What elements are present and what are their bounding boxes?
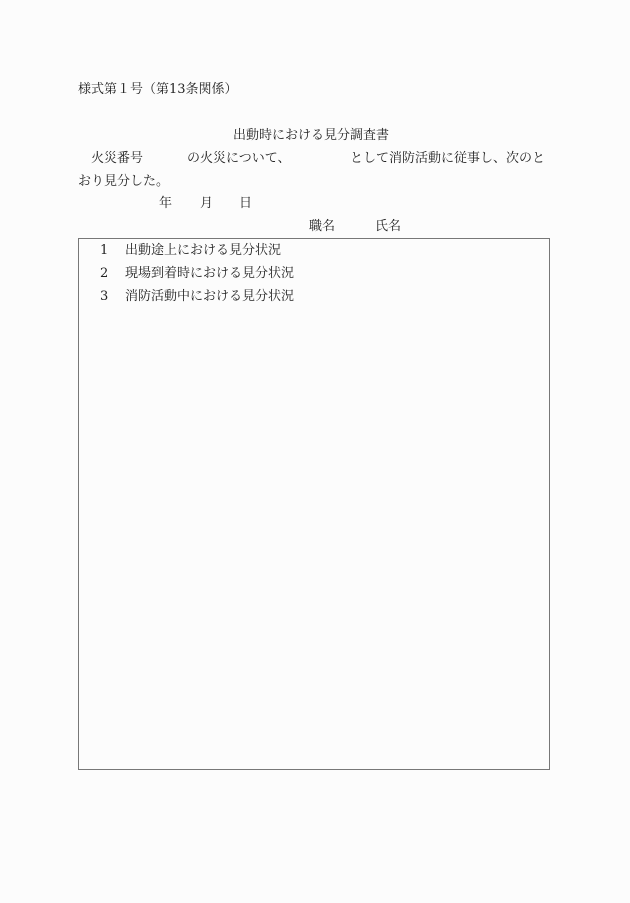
item-text: 消防活動中における見分状況 <box>125 289 294 305</box>
date-month-label: 月 <box>200 196 213 212</box>
item-text: 出動途上における見分状況 <box>125 243 281 259</box>
body-line-2: おり見分した。 <box>78 174 169 190</box>
name-label: 氏名 <box>375 219 401 235</box>
body-segment-fire-about: の火災について、 <box>187 151 290 167</box>
item-number: 3 <box>100 289 108 305</box>
item-number: 2 <box>100 266 108 282</box>
body-segment-activity: として消防活動に従事し、次のと <box>350 151 545 167</box>
form-number: 様式第１号（第13条関係） <box>78 82 238 98</box>
item-text: 現場到着時における見分状況 <box>125 266 294 282</box>
item-number: 1 <box>100 243 108 259</box>
document-title: 出動時における見分調査書 <box>233 128 389 144</box>
date-day-label: 日 <box>239 196 252 212</box>
date-year-label: 年 <box>159 196 172 212</box>
position-label: 職名 <box>309 219 335 235</box>
body-segment-fire-number: 火災番号 <box>91 151 143 167</box>
observation-box: 1 出動途上における見分状況 2 現場到着時における見分状況 3 消防活動中にお… <box>78 238 550 770</box>
